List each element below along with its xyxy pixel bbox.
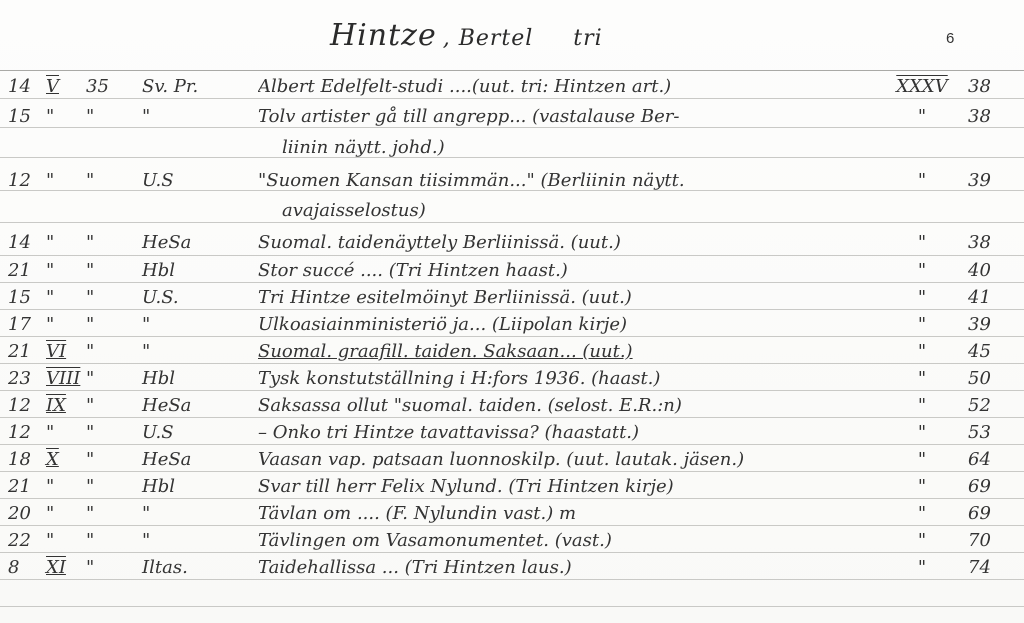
entry-month: VIII [46,368,80,389]
entry-month: X [46,449,80,470]
entry-title-continuation: liinin näytt. johd.) [282,137,445,158]
entry-row: 23 VIII " Hbl Tysk konstutställning i H:… [0,368,1024,395]
entry-row: 21 VI " " Suomal. graafill. taiden. Saks… [0,341,1024,368]
entry-day: 18 [8,449,42,470]
entry-volume: " [892,503,952,524]
entry-volume: " [892,449,952,470]
entry-day: 21 [8,476,42,497]
honorific: tri [573,26,602,51]
entry-year: " [86,449,126,470]
entry-day: 12 [8,422,42,443]
entry-page: 41 [968,287,1018,308]
ruled-line [0,157,1024,158]
surname: Hintze [330,18,437,53]
entry-title: Tävlan om .... (F. Nylundin vast.) m [258,503,898,524]
entry-page: 50 [968,368,1018,389]
ruled-line [0,222,1024,223]
entry-month: " [46,287,80,308]
entry-paper: Hbl [142,476,232,497]
entry-row: 8 XI " Iltas. Taidehallissa ... (Tri Hin… [0,557,1024,584]
entry-row: 20 " " " Tävlan om .... (F. Nylundin vas… [0,503,1024,530]
entry-title: Tolv artister gå till angrepp... (vastal… [258,106,898,127]
entry-row: 18 X " HeSa Vaasan vap. patsaan luonnosk… [0,449,1024,476]
entry-paper: HeSa [142,232,232,253]
entry-year: " [86,287,126,308]
entry-page: 38 [968,106,1018,127]
entry-month: " [46,503,80,524]
entry-page: 38 [968,76,1018,97]
entry-year: " [86,395,126,416]
entry-title: Suomal. taidenäyttely Berliinissä. (uut.… [258,232,898,253]
entry-paper: U.S. [142,287,232,308]
entry-row: 14 V 35 Sv. Pr. Albert Edelfelt-studi ..… [0,76,1024,103]
entry-year: " [86,503,126,524]
entry-row: 17 " " " Ulkoasiainministeriö ja... (Lii… [0,314,1024,341]
entry-day: 15 [8,106,42,127]
entry-paper: HeSa [142,449,232,470]
entry-title: Svar till herr Felix Nylund. (Tri Hintze… [258,476,898,497]
entry-volume: " [892,106,952,127]
card-page-number: 6 [946,30,954,47]
entry-volume: " [892,260,952,281]
entry-row: 14 " " HeSa Suomal. taidenäyttely Berlii… [0,232,1024,259]
entry-paper: U.S [142,170,232,191]
entry-volume: " [892,341,952,362]
entry-day: 15 [8,287,42,308]
entry-day: 8 [8,557,42,578]
entry-row: 12 " " U.S – Onko tri Hintze tavattaviss… [0,422,1024,449]
entry-volume: " [892,232,952,253]
entry-volume: " [892,557,952,578]
entry-title: Suomal. graafill. taiden. Saksaan... (uu… [258,341,898,362]
entry-title: Taidehallissa ... (Tri Hintzen laus.) [258,557,898,578]
entry-title: "Suomen Kansan tiisimmän..." (Berliinin … [258,170,898,191]
entry-title: Tysk konstutställning i H:fors 1936. (ha… [258,368,898,389]
entry-row: 21 " " Hbl Stor succé .... (Tri Hintzen … [0,260,1024,287]
entry-year: " [86,368,126,389]
entry-year: " [86,530,126,551]
entry-day: 12 [8,395,42,416]
entry-row: 21 " " Hbl Svar till herr Felix Nylund. … [0,476,1024,503]
entry-year: " [86,170,126,191]
entry-page: 39 [968,314,1018,335]
entry-title: Vaasan vap. patsaan luonnoskilp. (uut. l… [258,449,898,470]
entry-row: 12 IX " HeSa Saksassa ollut "suomal. tai… [0,395,1024,422]
entry-page: 69 [968,476,1018,497]
entry-volume: " [892,476,952,497]
entry-paper: " [142,106,232,127]
entry-year: " [86,232,126,253]
entry-paper: Sv. Pr. [142,76,232,97]
entry-month: " [46,106,80,127]
entry-day: 21 [8,341,42,362]
entry-month: " [46,170,80,191]
index-card: Hintze, Berteltri 6 14 V 35 Sv. Pr. Albe… [0,0,1024,623]
entry-title: – Onko tri Hintze tavattavissa? (haastat… [258,422,898,443]
entry-month: " [46,530,80,551]
entry-paper: U.S [142,422,232,443]
entry-volume: " [892,422,952,443]
entry-volume: XXXV [892,76,952,97]
entry-paper: Iltas. [142,557,232,578]
entry-day: 20 [8,503,42,524]
entry-volume: " [892,287,952,308]
entry-month: IX [46,395,80,416]
entry-page: 40 [968,260,1018,281]
entry-paper: " [142,314,232,335]
entry-page: 53 [968,422,1018,443]
entry-title: Albert Edelfelt-studi ....(uut. tri: Hin… [258,76,898,97]
entry-page: 38 [968,232,1018,253]
entry-row: 15 " " U.S. Tri Hintze esitelmöinyt Berl… [0,287,1024,314]
entry-month: XI [46,557,80,578]
entry-month: " [46,476,80,497]
entry-paper: " [142,341,232,362]
entry-paper: " [142,530,232,551]
entry-volume: " [892,530,952,551]
entry-year: " [86,260,126,281]
header-rule [0,70,1024,71]
entry-year: " [86,422,126,443]
entry-paper: Hbl [142,260,232,281]
entry-year: " [86,314,126,335]
entry-row: 15 " " " Tolv artister gå till angrepp..… [0,106,1024,133]
entry-page: 69 [968,503,1018,524]
entry-paper: HeSa [142,395,232,416]
entry-month: " [46,422,80,443]
entry-year: " [86,476,126,497]
entry-month: " [46,232,80,253]
entry-day: 23 [8,368,42,389]
ruled-line [0,606,1024,607]
entry-page: 70 [968,530,1018,551]
entry-month: " [46,314,80,335]
entry-day: 21 [8,260,42,281]
entry-paper: Hbl [142,368,232,389]
entry-year: " [86,557,126,578]
entry-page: 45 [968,341,1018,362]
entry-day: 17 [8,314,42,335]
entry-row: 12 " " U.S "Suomen Kansan tiisimmän..." … [0,170,1024,197]
entry-volume: " [892,170,952,191]
entry-day: 22 [8,530,42,551]
entry-paper: " [142,503,232,524]
entry-title: Ulkoasiainministeriö ja... (Liipolan kir… [258,314,898,335]
entry-day: 14 [8,76,42,97]
entry-month: " [46,260,80,281]
entry-day: 12 [8,170,42,191]
entry-volume: " [892,314,952,335]
entry-page: 74 [968,557,1018,578]
entry-day: 14 [8,232,42,253]
entry-row: 22 " " " Tävlingen om Vasamonumentet. (v… [0,530,1024,557]
entry-title: Stor succé .... (Tri Hintzen haast.) [258,260,898,281]
entry-title: Tävlingen om Vasamonumentet. (vast.) [258,530,898,551]
entry-month: V [46,76,80,97]
entry-year: " [86,341,126,362]
entry-volume: " [892,368,952,389]
entry-title: Tri Hintze esitelmöinyt Berliinissä. (uu… [258,287,898,308]
entry-year: " [86,106,126,127]
entry-title-continuation: avajaisselostus) [282,200,426,221]
entry-volume: " [892,395,952,416]
entry-year: 35 [86,76,126,97]
entry-page: 64 [968,449,1018,470]
entry-page: 39 [968,170,1018,191]
entry-month: VI [46,341,80,362]
given-name: , Bertel [443,26,534,51]
entry-page: 52 [968,395,1018,416]
entry-title: Saksassa ollut "suomal. taiden. (selost.… [258,395,898,416]
card-heading: Hintze, Berteltri [330,18,603,53]
